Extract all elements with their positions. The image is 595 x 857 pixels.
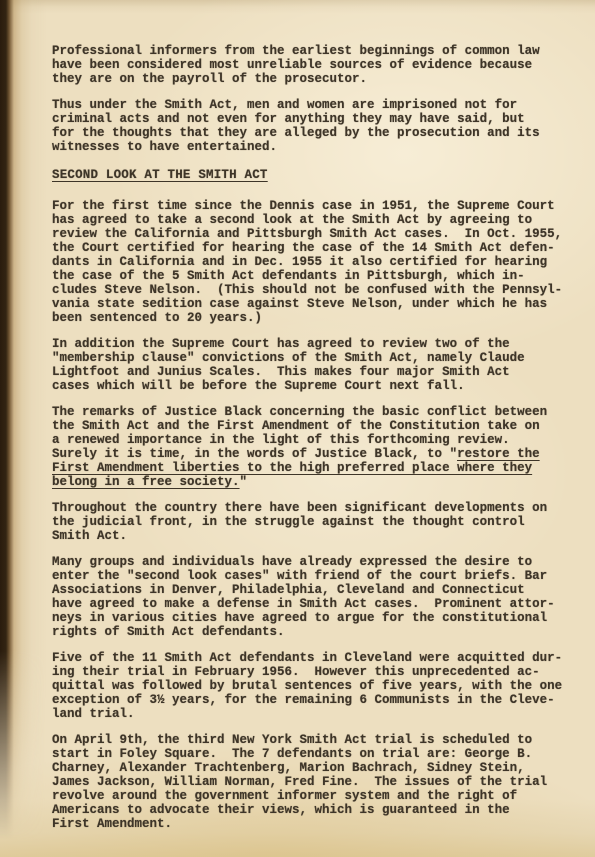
text-line: land trial. — [52, 707, 575, 721]
paragraph: Throughout the country there have been s… — [52, 501, 575, 543]
text-line: On April 9th, the third New York Smith A… — [52, 733, 575, 747]
text-line: dants in California and in Dec. 1955 it … — [52, 255, 575, 269]
text-line: Smith Act. — [52, 529, 575, 543]
text-segment: Smith Act. — [52, 529, 127, 543]
text-segment: has agreed to take a second look at the … — [52, 213, 532, 227]
text-segment: vania state sedition case against Steve … — [52, 297, 547, 311]
text-line: Lightfoot and Junius Scales. This makes … — [52, 365, 575, 379]
text-segment: the judicial front, in the struggle agai… — [52, 515, 525, 529]
text-segment: start in Foley Square. The 7 defendants … — [52, 747, 532, 761]
text-line: exception of 3½ years, for the remaining… — [52, 693, 575, 707]
text-line: James Jackson, William Norman, Fred Fine… — [52, 775, 575, 789]
text-segment: Associations in Denver, Philadelphia, Cl… — [52, 583, 525, 597]
paragraph: Thus under the Smith Act, men and women … — [52, 98, 575, 154]
text-line: Many groups and individuals have already… — [52, 555, 575, 569]
text-line: Associations in Denver, Philadelphia, Cl… — [52, 583, 575, 597]
text-segment: rights of Smith Act defendants. — [52, 625, 285, 639]
text-line: the case of the 5 Smith Act defendants i… — [52, 269, 575, 283]
text-line: a renewed importance in the light of thi… — [52, 433, 575, 447]
text-segment: cludes Steve Nelson. (This should not be… — [52, 283, 562, 297]
text-line: The remarks of Justice Black concerning … — [52, 405, 575, 419]
text-segment: Thus under the Smith Act, men and women … — [52, 98, 517, 112]
text-segment: witnesses to have entertained. — [52, 140, 277, 154]
text-segment: Charney, Alexander Trachtenberg, Marion … — [52, 761, 525, 775]
text-segment: First Amendment. — [52, 817, 172, 831]
typewritten-page: Professional informers from the earliest… — [0, 0, 595, 857]
text-line: rights of Smith Act defendants. — [52, 625, 575, 639]
text-line: Professional informers from the earliest… — [52, 44, 575, 58]
text-line: the Smith Act and the First Amendment of… — [52, 419, 575, 433]
text-segment: neys in various cities have agreed to ar… — [52, 611, 547, 625]
text-segment: "membership clause" convictions of the S… — [52, 351, 525, 365]
text-line: First Amendment liberties to the high pr… — [52, 461, 575, 475]
text-segment: The remarks of Justice Black concerning … — [52, 405, 547, 419]
text-line: neys in various cities have agreed to ar… — [52, 611, 575, 625]
paragraph: For the first time since the Dennis case… — [52, 199, 575, 325]
text-segment: exception of 3½ years, for the remaining… — [52, 693, 555, 707]
text-line: cases which will be before the Supreme C… — [52, 379, 575, 393]
document-body: Professional informers from the earliest… — [52, 44, 575, 843]
text-line: cludes Steve Nelson. (This should not be… — [52, 283, 575, 297]
text-segment: Throughout the country there have been s… — [52, 501, 547, 515]
text-line: they are on the payroll of the prosecuto… — [52, 72, 575, 86]
text-segment: the Smith Act and the First Amendment of… — [52, 419, 540, 433]
text-line: belong in a free society." — [52, 475, 575, 489]
text-segment: Many groups and individuals have already… — [52, 555, 532, 569]
text-segment: cases which will be before the Supreme C… — [52, 379, 465, 393]
text-segment: the Court certified for hearing the case… — [52, 241, 555, 255]
text-segment: SECOND LOOK AT THE SMITH ACT — [52, 168, 268, 182]
underlined-text: restore the — [457, 447, 540, 461]
text-line: enter the "second look cases" with frien… — [52, 569, 575, 583]
text-line: Thus under the Smith Act, men and women … — [52, 98, 575, 112]
text-line: has agreed to take a second look at the … — [52, 213, 575, 227]
text-segment: " — [240, 475, 248, 489]
section-heading: SECOND LOOK AT THE SMITH ACT — [52, 168, 575, 182]
text-line: Five of the 11 Smith Act defendants in C… — [52, 651, 575, 665]
text-line: First Amendment. — [52, 817, 575, 831]
paragraph: Many groups and individuals have already… — [52, 555, 575, 639]
text-segment: they are on the payroll of the prosecuto… — [52, 72, 367, 86]
text-segment: a renewed importance in the light of thi… — [52, 433, 510, 447]
text-line: "membership clause" convictions of the S… — [52, 351, 575, 365]
text-line: for the thoughts that they are alleged b… — [52, 126, 575, 140]
text-segment: land trial. — [52, 707, 135, 721]
text-line: For the first time since the Dennis case… — [52, 199, 575, 213]
text-segment: In addition the Supreme Court has agreed… — [52, 337, 510, 351]
text-segment: Americans to advocate their views, which… — [52, 803, 510, 817]
text-segment: Professional informers from the earliest… — [52, 44, 540, 58]
text-line: Americans to advocate their views, which… — [52, 803, 575, 817]
text-segment: Five of the 11 Smith Act defendants in C… — [52, 651, 562, 665]
text-segment: Surely it is time, in the words of Justi… — [52, 447, 457, 461]
text-segment: Lightfoot and Junius Scales. This makes … — [52, 365, 510, 379]
text-line: vania state sedition case against Steve … — [52, 297, 575, 311]
text-line: quittal was followed by brutal sentences… — [52, 679, 575, 693]
text-line: start in Foley Square. The 7 defendants … — [52, 747, 575, 761]
underlined-text: belong in a free society. — [52, 475, 240, 489]
text-segment: revolve around the government informer s… — [52, 789, 517, 803]
text-segment: James Jackson, William Norman, Fred Fine… — [52, 775, 547, 789]
text-line: have agreed to make a defense in Smith A… — [52, 597, 575, 611]
text-segment: have agreed to make a defense in Smith A… — [52, 597, 555, 611]
paragraph: The remarks of Justice Black concerning … — [52, 405, 575, 489]
text-segment: enter the "second look cases" with frien… — [52, 569, 547, 583]
text-segment: criminal acts and not even for anything … — [52, 112, 525, 126]
text-line: Charney, Alexander Trachtenberg, Marion … — [52, 761, 575, 775]
text-segment: been sentenced to 20 years.) — [52, 311, 262, 325]
text-segment: dants in California and in Dec. 1955 it … — [52, 255, 547, 269]
text-segment: On April 9th, the third New York Smith A… — [52, 733, 532, 747]
text-segment: ing their trial in February 1956. Howeve… — [52, 665, 540, 679]
text-line: review the California and Pittsburgh Smi… — [52, 227, 575, 241]
text-line: revolve around the government informer s… — [52, 789, 575, 803]
paragraph: In addition the Supreme Court has agreed… — [52, 337, 575, 393]
text-line: In addition the Supreme Court has agreed… — [52, 337, 575, 351]
page-binding-edge — [0, 0, 46, 857]
text-line: Throughout the country there have been s… — [52, 501, 575, 515]
text-segment: For the first time since the Dennis case… — [52, 199, 555, 213]
text-line: the judicial front, in the struggle agai… — [52, 515, 575, 529]
paragraph: On April 9th, the third New York Smith A… — [52, 733, 575, 831]
paragraph: Five of the 11 Smith Act defendants in C… — [52, 651, 575, 721]
underlined-text: First Amendment liberties to the high pr… — [52, 461, 532, 475]
text-segment: quittal was followed by brutal sentences… — [52, 679, 562, 693]
paragraph: Professional informers from the earliest… — [52, 44, 575, 86]
text-line: criminal acts and not even for anything … — [52, 112, 575, 126]
text-line: been sentenced to 20 years.) — [52, 311, 575, 325]
text-segment: review the California and Pittsburgh Smi… — [52, 227, 562, 241]
text-line: ing their trial in February 1956. Howeve… — [52, 665, 575, 679]
text-line: witnesses to have entertained. — [52, 140, 575, 154]
text-line: Surely it is time, in the words of Justi… — [52, 447, 575, 461]
text-segment: have been considered most unreliable sou… — [52, 58, 532, 72]
text-line: SECOND LOOK AT THE SMITH ACT — [52, 168, 575, 182]
text-line: have been considered most unreliable sou… — [52, 58, 575, 72]
text-segment: the case of the 5 Smith Act defendants i… — [52, 269, 525, 283]
text-segment: for the thoughts that they are alleged b… — [52, 126, 540, 140]
text-line: the Court certified for hearing the case… — [52, 241, 575, 255]
